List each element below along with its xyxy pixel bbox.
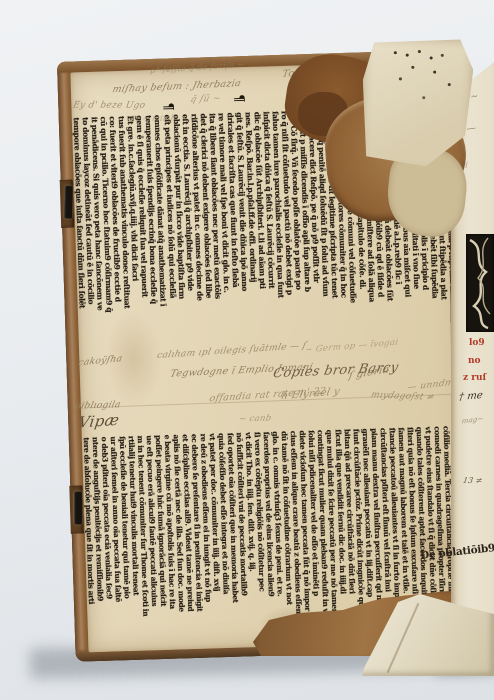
woodcut-ornament [466,234,494,332]
margin-note: ~ canb [238,413,273,424]
rubric-red-text: lo9 [469,338,485,348]
paragraph-mark: ¶ [160,102,175,111]
margin-note: q̄ ſū ~ [189,94,222,105]
margin-note: mag~ [461,415,484,426]
margin-note: Ey d' beze Ugo [72,100,146,110]
clasp-remnant-lower [74,492,82,525]
clasp-remnant-upper [64,186,73,219]
margin-note: † me [458,390,483,403]
margin-note: 13 ≠ [462,476,483,485]
rubric-red-text: no [468,356,481,366]
paragraph-mark: ¶ [231,94,246,103]
photo-of-incunable-pastedown: pliḡ de hoc habem9 de rege q̄ nulla p ſt… [0,0,494,700]
margin-note: Vipæ [77,411,120,432]
margin-note: Et ~ miml [129,113,174,123]
margin-note: oiblıogila [74,400,122,412]
worm-holes [394,51,397,54]
woodcut-scroll-pattern [466,234,494,332]
rubric-red-text: z ruſ [463,373,486,383]
